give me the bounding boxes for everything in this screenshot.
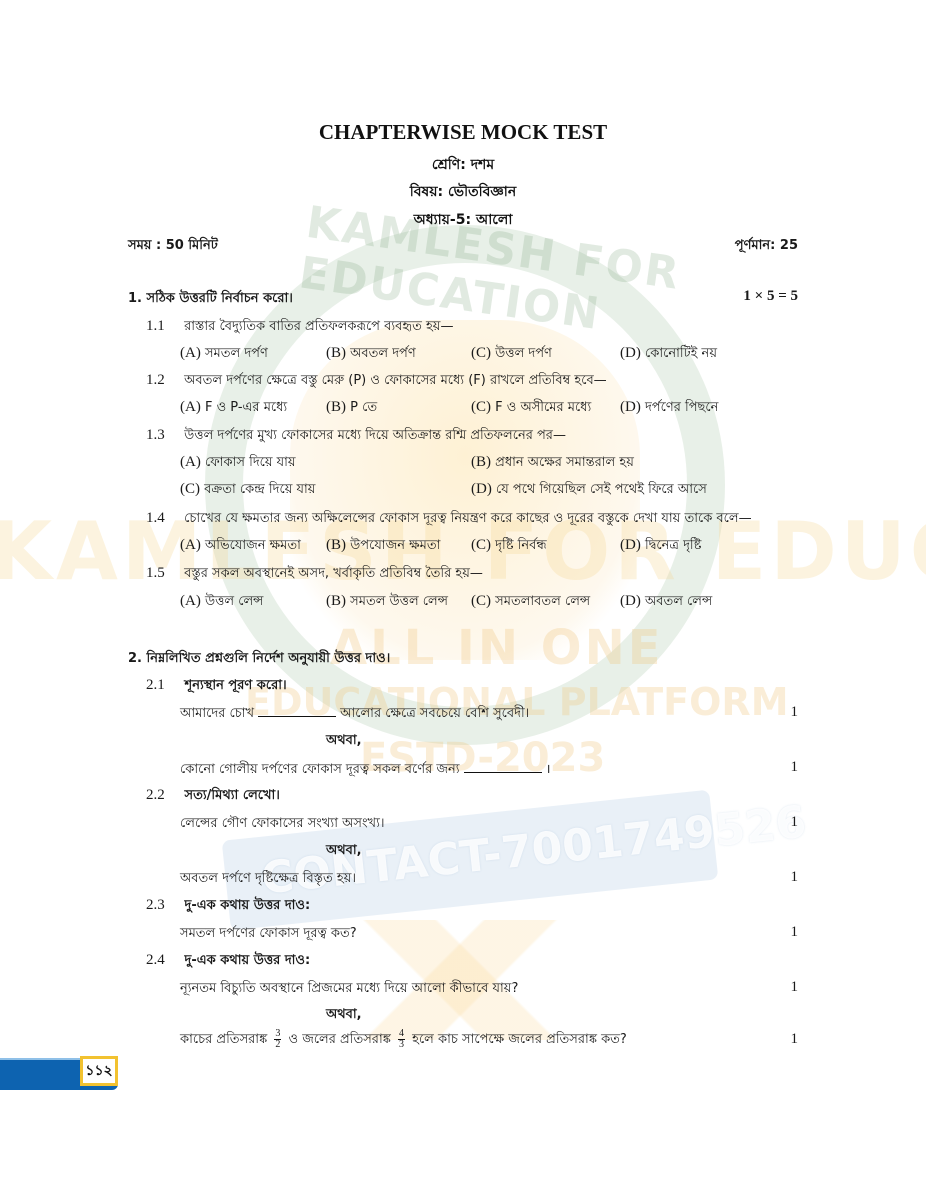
option-1-2-a: (A) F ও P-এর মধ্যে — [180, 398, 287, 419]
question-2-4-a: ন্যূনতম বিচ্যুতি অবস্থানে প্রিজমের মধ্যে… — [180, 979, 518, 1000]
mark-2-1-b: 1 — [791, 759, 799, 776]
question-2-3-a: সমতল দর্পণের ফোকাস দূরত্ব কত? — [180, 924, 357, 945]
question-2-1-a: আমাদের চোখআলোর ক্ষেত্রে সবচেয়ে বেশি সুব… — [180, 704, 529, 725]
mark-2-4-a: 1 — [791, 979, 799, 996]
mark-2-1-a: 1 — [791, 704, 799, 721]
option-1-3-a: (A) ফোকাস দিয়ে যায় — [180, 453, 296, 474]
question-number: 2.4 — [146, 952, 180, 969]
question-number: 1.1 — [146, 318, 180, 335]
option-1-4-b: (B) উপযোজন ক্ষমতা — [326, 536, 440, 557]
option-1-1-c: (C) উত্তল দর্পণ — [471, 344, 552, 365]
option-1-5-a: (A) উত্তল লেন্স — [180, 592, 263, 613]
mark-2-4-b: 1 — [791, 1031, 799, 1048]
question-2-2-instruction: 2.2 সত্য/মিথ্যা লেখো। — [146, 786, 280, 807]
subject-line: বিষয়: ভৌতবিজ্ঞান — [0, 180, 926, 204]
full-marks-label: পূর্ণমান: 25 — [735, 236, 798, 257]
mark-2-2-b: 1 — [791, 869, 799, 886]
option-1-2-c: (C) F ও অসীমের মধ্যে — [471, 398, 591, 419]
page-number: ১১২ — [80, 1056, 118, 1086]
option-1-2-d: (D) দর্পণের পিছনে — [620, 398, 718, 419]
question-2-4-instruction: 2.4 দু-এক কথায় উত্তর দাও: — [146, 951, 310, 972]
question-text: চোখের যে ক্ষমতার জন্য অক্ষিলেন্সের ফোকাস… — [184, 511, 751, 526]
question-2-1-instruction: 2.1 শূন্যস্থান পূরণ করো। — [146, 676, 287, 697]
option-1-3-b: (B) প্রধান অক্ষের সমান্তরাল হয় — [471, 453, 634, 474]
option-1-5-c: (C) সমতলাবতল লেন্স — [471, 592, 590, 613]
question-number: 2.3 — [146, 897, 180, 914]
option-1-4-d: (D) দ্বিনেত্র দৃষ্টি — [620, 536, 701, 557]
question-number: 2.2 — [146, 787, 180, 804]
or-label: অথবা, — [326, 731, 362, 752]
option-1-3-c: (C) বক্রতা কেন্দ্র দিয়ে যায় — [180, 480, 315, 501]
question-2-1-b: কোনো গোলীয় দর্পণের ফোকাস দূরত্ব সকল বর্… — [180, 759, 551, 781]
option-1-2-b: (B) P তে — [326, 398, 377, 419]
section1-marks: 1 × 5 = 5 — [743, 288, 798, 305]
fraction-3-2: 32 — [274, 1029, 281, 1050]
question-text: রাস্তার বৈদ্যুতিক বাতির প্রতিফলকরূপে ব্য… — [184, 319, 453, 334]
fraction-4-3: 43 — [398, 1029, 405, 1050]
option-1-1-b: (B) অবতল দর্পণ — [326, 344, 416, 365]
option-1-5-d: (D) অবতল লেন্স — [620, 592, 712, 613]
question-1-3: 1.3 উত্তল দর্পণের মুখ্য ফোকাসের মধ্যে দি… — [146, 426, 566, 447]
question-text: বস্তুর সকল অবস্থানেই অসদ, খর্বাকৃতি প্রত… — [184, 566, 483, 581]
section1-heading: 1. সঠিক উত্তরটি নির্বাচন করো। — [128, 289, 293, 310]
question-number: 1.5 — [146, 565, 180, 582]
page-title: CHAPTERWISE MOCK TEST — [0, 120, 926, 145]
option-1-4-c: (C) দৃষ্টি নির্বন্ধ — [471, 536, 547, 557]
option-1-1-d: (D) কোনোটিই নয় — [620, 344, 717, 365]
section2-heading: 2. নিম্নলিখিত প্রশ্নগুলি নির্দেশ অনুযায়… — [128, 649, 390, 670]
question-number: 1.4 — [146, 510, 180, 527]
question-1-2: 1.2 অবতল দর্পণের ক্ষেত্রে বস্তু মেরু (P)… — [146, 371, 607, 392]
fill-blank — [464, 772, 542, 773]
question-1-4: 1.4 চোখের যে ক্ষমতার জন্য অক্ষিলেন্সের ফ… — [146, 509, 752, 530]
class-line: শ্রেণি: দশম — [0, 153, 926, 177]
question-text: অবতল দর্পণের ক্ষেত্রে বস্তু মেরু (P) ও ফ… — [184, 373, 607, 388]
question-text: উত্তল দর্পণের মুখ্য ফোকাসের মধ্যে দিয়ে … — [184, 428, 566, 443]
question-2-4-b: কাচের প্রতিসরাঙ্ক 32 ও জলের প্রতিসরাঙ্ক … — [180, 1029, 627, 1051]
or-label: অথবা, — [326, 841, 362, 862]
option-1-3-d: (D) যে পথে গিয়েছিল সেই পথেই ফিরে আসে — [471, 480, 707, 501]
option-1-5-b: (B) সমতল উত্তল লেন্স — [326, 592, 448, 613]
question-2-2-a: লেন্সের গৌণ ফোকাসের সংখ্যা অসংখ্য। — [180, 814, 385, 835]
question-1-5: 1.5 বস্তুর সকল অবস্থানেই অসদ, খর্বাকৃতি … — [146, 564, 483, 585]
fill-blank — [258, 716, 336, 717]
question-2-3-instruction: 2.3 দু-এক কথায় উত্তর দাও: — [146, 896, 310, 917]
question-number: 1.3 — [146, 427, 180, 444]
time-label: সময় : 50 মিনিট — [128, 236, 218, 257]
question-2-2-b: অবতল দর্পণে দৃষ্টিক্ষেত্র বিস্তৃত হয়। — [180, 869, 356, 890]
question-number: 2.1 — [146, 677, 180, 694]
option-1-1-a: (A) সমতল দর্পণ — [180, 344, 268, 365]
question-1-1: 1.1 রাস্তার বৈদ্যুতিক বাতির প্রতিফলকরূপে… — [146, 317, 453, 338]
chapter-line: অধ্যায়-5: আলো — [0, 208, 926, 232]
or-label: অথবা, — [326, 1005, 362, 1026]
option-1-4-a: (A) অভিযোজন ক্ষমতা — [180, 536, 301, 557]
question-number: 1.2 — [146, 372, 180, 389]
mark-2-3-a: 1 — [791, 924, 799, 941]
mark-2-2-a: 1 — [791, 814, 799, 831]
